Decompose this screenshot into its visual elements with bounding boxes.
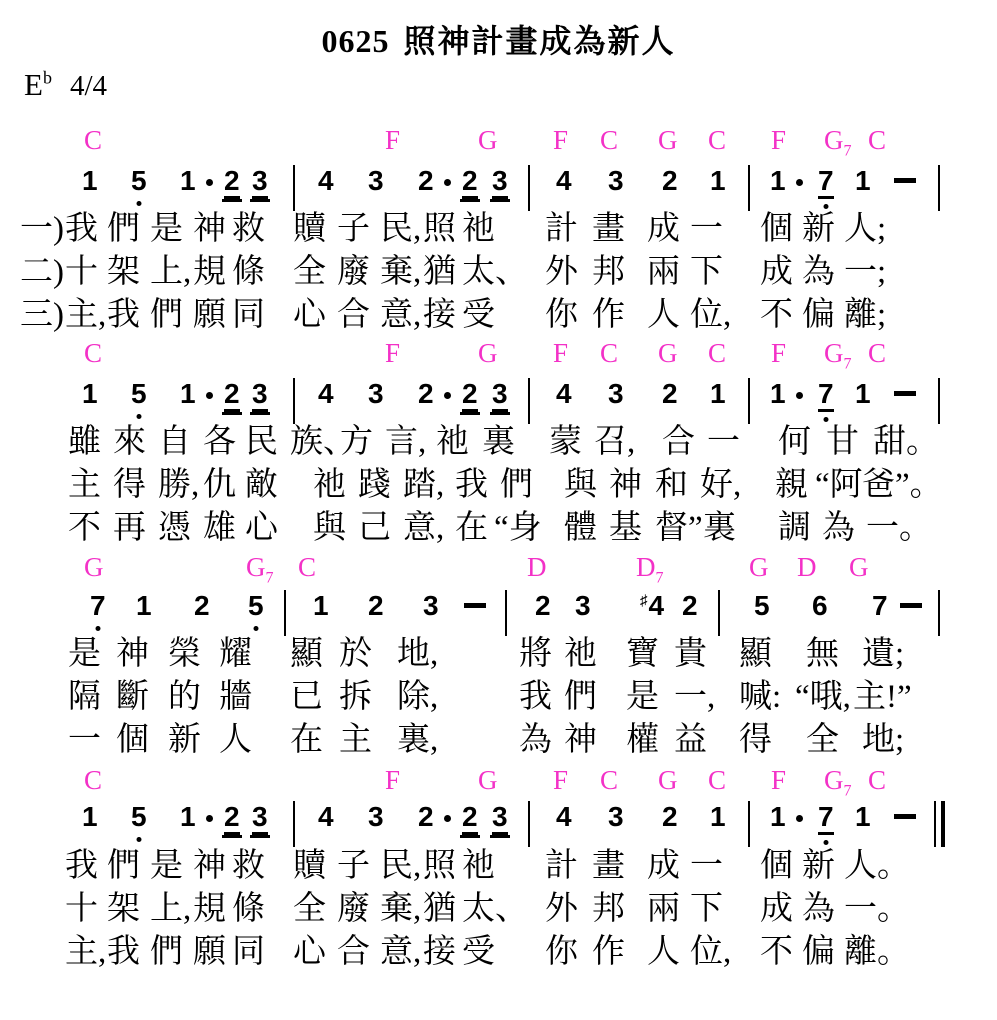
lyric-syllable: 接 <box>423 299 456 332</box>
lyric-syllable: “身 <box>494 512 542 545</box>
lyric-syllable: 何 <box>778 426 811 459</box>
note-number: ♯4 <box>640 592 664 620</box>
augmentation-dot <box>206 392 213 399</box>
chord-symbol: C <box>868 127 886 154</box>
lyric-syllable: 位, <box>690 299 731 332</box>
chord-symbol: C <box>84 767 102 794</box>
lyric-syllable: 是 <box>150 850 183 883</box>
lyric-syllable: 你 <box>545 299 578 332</box>
lyric-syllable: 祂 <box>436 426 469 459</box>
augmentation-dot <box>206 815 213 822</box>
lyric-syllable: 基 <box>609 512 642 545</box>
note-number: 1 <box>82 380 98 408</box>
lyric-syllable: 一 <box>707 426 740 459</box>
note-number: 2 <box>224 803 240 835</box>
chord-symbol: C <box>600 127 618 154</box>
lyric-syllable: 個 <box>760 850 793 883</box>
barline <box>293 165 295 211</box>
lyric-syllable: 照 <box>423 213 456 246</box>
lyric-syllable: 救 <box>232 213 265 246</box>
lyric-syllable: 祂 <box>462 850 495 883</box>
lyric-syllable: 主, <box>65 299 106 332</box>
chord-symbol: C <box>868 340 886 367</box>
lyric-syllable: 甜。 <box>873 426 939 459</box>
lyric-syllable: 規 <box>193 893 226 926</box>
note-number: 3 <box>368 803 384 831</box>
lyric-syllable: 同 <box>232 936 265 969</box>
lyric-syllable: 計 <box>545 850 578 883</box>
note-number: 1 <box>180 803 196 831</box>
lyric-syllable: 貴 <box>674 638 707 671</box>
lyric-syllable: 們 <box>107 850 140 883</box>
lyric-syllable: 們 <box>107 213 140 246</box>
lyric-syllable: 我 <box>65 213 98 246</box>
lyric-syllable: 在 <box>455 512 488 545</box>
lyric-syllable: 們 <box>500 469 533 502</box>
lyric-syllable: 一, <box>674 681 715 714</box>
note-number: 1 <box>770 803 786 831</box>
note-number: 3 <box>608 380 624 408</box>
barline <box>748 801 750 847</box>
barline <box>938 165 940 211</box>
barline <box>718 590 720 636</box>
lyric-syllable: 神 <box>564 724 597 757</box>
lyric-syllable: 全 <box>806 724 839 757</box>
lyric-syllable: 地, <box>397 638 438 671</box>
note-number: 3 <box>368 167 384 195</box>
lyric-syllable: 和 <box>655 469 688 502</box>
chord-symbol: G <box>658 767 678 794</box>
lyric-syllable: 們 <box>150 299 183 332</box>
chord-symbol: F <box>553 127 568 154</box>
note-number: 2 <box>418 167 434 195</box>
lyric-syllable: 下 <box>690 893 723 926</box>
lyric-syllable: 一 <box>690 850 723 883</box>
lyric-syllable: 人 <box>219 724 252 757</box>
lyric-syllable: 子 <box>337 213 370 246</box>
lyric-syllable: 蒙 <box>549 426 582 459</box>
note-number: 1 <box>136 592 152 620</box>
note-number: 3 <box>252 380 268 412</box>
lyric-syllable: 廢 <box>337 893 370 926</box>
note-number: 5 <box>131 803 147 831</box>
lyric-syllable: 神 <box>116 638 149 671</box>
note-number: 2 <box>462 803 478 835</box>
chord-symbol: C <box>708 340 726 367</box>
note-number: 6 <box>812 592 828 620</box>
lyric-syllable: 離。 <box>844 936 910 969</box>
note-number: 1 <box>313 592 329 620</box>
lyric-syllable: 受 <box>462 299 495 332</box>
note-number: 5 <box>131 167 147 195</box>
lyric-syllable: 人。 <box>844 850 910 883</box>
lyric-syllable: 猶 <box>423 893 456 926</box>
note-number: 4 <box>556 380 572 408</box>
note-number: 1 <box>770 167 786 195</box>
lyric-syllable: 祂 <box>462 213 495 246</box>
barline <box>748 165 750 211</box>
chord-symbol: G7 <box>246 554 274 586</box>
lyric-syllable: 成 <box>647 213 680 246</box>
lyric-syllable: 拆 <box>339 681 372 714</box>
lyric-syllable: 一; <box>844 256 886 289</box>
lyric-syllable: 雄 <box>203 512 236 545</box>
note-number: 3 <box>252 803 268 835</box>
chord-symbol: C <box>600 767 618 794</box>
lyric-syllable: 寶 <box>626 638 659 671</box>
lyric-syllable: 棄, <box>380 893 421 926</box>
note-number: 3 <box>252 167 268 199</box>
lyric-syllable: 成 <box>760 893 793 926</box>
lyric-syllable: 仇 <box>203 469 236 502</box>
chord-symbol: F <box>771 127 786 154</box>
lyric-syllable: 憑 <box>158 512 191 545</box>
lyric-syllable: 願 <box>193 936 226 969</box>
lyric-syllable: 體 <box>564 512 597 545</box>
lyric-syllable: 裏 <box>703 512 736 545</box>
lyric-syllable: 新 <box>802 850 835 883</box>
lyric-syllable: 受 <box>462 936 495 969</box>
augmentation-dot <box>444 179 451 186</box>
note-number: 1 <box>82 167 98 195</box>
lyric-syllable: 方 <box>340 426 373 459</box>
note-number: 3 <box>608 803 624 831</box>
note-number: 3 <box>608 167 624 195</box>
note-number: 7 <box>818 803 834 835</box>
lyric-syllable: 與 <box>564 469 597 502</box>
note-number: 1 <box>855 380 871 408</box>
lyric-syllable: 已 <box>290 681 323 714</box>
chord-symbol: F <box>385 767 400 794</box>
lyric-syllable: 心 <box>245 512 278 545</box>
lyric-syllable: 一。 <box>844 893 910 926</box>
lyric-syllable: 調 <box>778 512 811 545</box>
note-number: 3 <box>423 592 439 620</box>
lyric-syllable: 主 <box>339 724 372 757</box>
lyric-syllable: 為 <box>519 724 552 757</box>
lyric-syllable: 的 <box>168 681 201 714</box>
lyric-syllable: 偏 <box>802 299 835 332</box>
chord-symbol: G <box>478 127 498 154</box>
barline <box>748 378 750 424</box>
note-number: 3 <box>492 803 508 835</box>
note-number: 2 <box>462 380 478 412</box>
lyric-syllable: 棄, <box>380 256 421 289</box>
augmentation-dot <box>206 179 213 186</box>
barline <box>938 378 940 424</box>
lyric-syllable: 全 <box>293 256 326 289</box>
lyric-syllable: 上, <box>150 893 191 926</box>
chord-symbol: G <box>658 340 678 367</box>
lyric-syllable: 位, <box>690 936 731 969</box>
note-number: 2 <box>194 592 210 620</box>
lyric-syllable: 兩 <box>647 893 680 926</box>
lyric-syllable: 外 <box>545 893 578 926</box>
augmentation-dot <box>796 179 803 186</box>
note-number: 1 <box>710 167 726 195</box>
note-number: 1 <box>770 380 786 408</box>
note-number: 7 <box>818 167 834 199</box>
lyric-syllable: 一。 <box>866 512 932 545</box>
lyric-syllable: 自 <box>158 426 191 459</box>
lyric-syllable: 踐 <box>358 469 391 502</box>
note-number: 3 <box>492 380 508 412</box>
chord-symbol: F <box>771 767 786 794</box>
lyric-syllable: 爸”。 <box>862 469 943 502</box>
lyric-syllable: 地; <box>862 724 904 757</box>
lyric-syllable: 邦 <box>592 893 625 926</box>
lyric-syllable: 個 <box>116 724 149 757</box>
chord-symbol: D <box>797 554 817 581</box>
lyric-syllable: 心 <box>293 936 326 969</box>
lyric-syllable: 成 <box>647 850 680 883</box>
lyric-syllable: 好, <box>700 469 741 502</box>
lyric-syllable: 太、 <box>462 256 528 289</box>
lyric-syllable: 不 <box>760 299 793 332</box>
lyric-syllable: 親 <box>775 469 808 502</box>
lyric-syllable: 隔 <box>68 681 101 714</box>
barline <box>505 590 507 636</box>
lyric-syllable: 在 <box>290 724 323 757</box>
note-number: 4 <box>318 380 334 408</box>
lyric-syllable: 十 <box>65 256 98 289</box>
note-number: 1 <box>180 167 196 195</box>
lyric-syllable: “哦, <box>795 681 851 714</box>
note-number: 1 <box>855 803 871 831</box>
note-number: 2 <box>535 592 551 620</box>
lyric-syllable: 條 <box>232 256 265 289</box>
lyric-syllable: 民 <box>245 426 278 459</box>
lyric-syllable: 作 <box>592 299 625 332</box>
lyric-syllable: 個 <box>760 213 793 246</box>
chord-symbol: C <box>298 554 316 581</box>
note-number: 7 <box>872 592 888 620</box>
lyric-syllable: 於 <box>339 638 372 671</box>
sharp-icon: ♯ <box>640 592 648 609</box>
lyric-syllable: 督” <box>655 512 703 545</box>
lyric-syllable: 各 <box>203 426 236 459</box>
lyric-syllable: 榮 <box>168 638 201 671</box>
lyric-syllable: 我 <box>107 299 140 332</box>
lyric-syllable: 規 <box>193 256 226 289</box>
note-number: 2 <box>368 592 384 620</box>
lyric-syllable: 一 <box>68 724 101 757</box>
note-number: 2 <box>682 592 698 620</box>
chord-symbol: G <box>658 127 678 154</box>
lyric-syllable: 己 <box>358 512 391 545</box>
lyric-syllable: 救 <box>232 850 265 883</box>
note-number: 3 <box>575 592 591 620</box>
note-number: 2 <box>418 380 434 408</box>
note-number: 2 <box>662 380 678 408</box>
sustain-dash <box>894 391 916 396</box>
lyric-syllable: 耀 <box>219 638 252 671</box>
lyric-syllable: 民, <box>380 213 421 246</box>
chord-symbol: G7 <box>824 340 852 372</box>
lyric-syllable: 神 <box>609 469 642 502</box>
lyric-syllable: 意, <box>380 299 421 332</box>
lyric-syllable: 權 <box>626 724 659 757</box>
lyric-syllable: 合 <box>337 299 370 332</box>
chord-symbol: C <box>84 340 102 367</box>
lyric-syllable: 合 <box>337 936 370 969</box>
lyric-syllable: 我 <box>107 936 140 969</box>
chord-symbol: C <box>708 767 726 794</box>
lyric-syllable: 們 <box>150 936 183 969</box>
chord-symbol: F <box>553 340 568 367</box>
barline <box>293 801 295 847</box>
lyric-syllable: 畫 <box>592 850 625 883</box>
barline <box>284 590 286 636</box>
barline <box>528 801 530 847</box>
lyric-syllable: 架 <box>107 893 140 926</box>
lyric-syllable: 召, <box>594 426 635 459</box>
chord-symbol: C <box>708 127 726 154</box>
lyric-syllable: 一 <box>690 213 723 246</box>
lyric-syllable: 計 <box>545 213 578 246</box>
lyric-syllable: 是 <box>150 213 183 246</box>
lyric-syllable: 祂 <box>313 469 346 502</box>
chord-symbol: F <box>385 340 400 367</box>
lyric-syllable: 我 <box>65 850 98 883</box>
lyric-syllable: 新 <box>802 213 835 246</box>
augmentation-dot <box>444 815 451 822</box>
barline <box>293 378 295 424</box>
lyric-syllable: 畫 <box>592 213 625 246</box>
lyric-syllable: 為 <box>802 893 835 926</box>
score: CFGFCGCFG7C15123432234321171一)我們是神救贖子民,照… <box>0 0 997 1020</box>
lyric-syllable: 架 <box>107 256 140 289</box>
lyric-syllable: 勝, <box>158 469 199 502</box>
lyric-syllable: 遺; <box>862 638 904 671</box>
chord-symbol: C <box>84 127 102 154</box>
lyric-syllable: 廢 <box>337 256 370 289</box>
lyric-syllable: 為 <box>802 256 835 289</box>
sustain-dash <box>464 603 486 608</box>
note-number: 3 <box>368 380 384 408</box>
lyric-syllable: 意, <box>403 512 444 545</box>
lyric-syllable: 人; <box>844 213 886 246</box>
lyric-syllable: 裏, <box>397 724 438 757</box>
lyric-syllable: 為 <box>822 512 855 545</box>
lyric-syllable: 邦 <box>592 256 625 289</box>
lyric-syllable: 不 <box>68 512 101 545</box>
lyric-syllable: 我 <box>455 469 488 502</box>
chord-symbol: G <box>478 340 498 367</box>
note-number: 1 <box>710 380 726 408</box>
note-number: 4 <box>318 803 334 831</box>
chord-symbol: F <box>385 127 400 154</box>
note-number: 1 <box>180 380 196 408</box>
lyric-syllable: 主, <box>65 936 106 969</box>
lyric-syllable: 顯 <box>290 638 323 671</box>
note-number: 7 <box>818 380 834 412</box>
chord-symbol: D7 <box>636 554 664 586</box>
lyric-syllable: 不 <box>760 936 793 969</box>
lyric-syllable: 作 <box>592 936 625 969</box>
note-number: 4 <box>556 803 572 831</box>
note-number: 3 <box>492 167 508 199</box>
note-number: 1 <box>710 803 726 831</box>
lyric-syllable: 再 <box>113 512 146 545</box>
lyric-syllable: 言, <box>385 426 426 459</box>
lyric-syllable: 除, <box>397 681 438 714</box>
note-number: 1 <box>855 167 871 195</box>
chord-symbol: C <box>868 767 886 794</box>
chord-symbol: C <box>600 340 618 367</box>
lyric-syllable: 敵 <box>245 469 278 502</box>
sustain-dash <box>894 178 916 183</box>
lyric-syllable: 神 <box>193 213 226 246</box>
lyric-syllable: 全 <box>293 893 326 926</box>
lyric-syllable: 斷 <box>116 681 149 714</box>
lyric-syllable: 照 <box>423 850 456 883</box>
barline <box>528 165 530 211</box>
lyric-syllable: 人 <box>647 299 680 332</box>
lyric-syllable: 將 <box>519 638 552 671</box>
lyric-syllable: 贖 <box>293 213 326 246</box>
lyric-syllable: 兩 <box>647 256 680 289</box>
lyric-syllable: 二) <box>20 256 64 289</box>
chord-symbol: G <box>749 554 769 581</box>
note-number: 4 <box>556 167 572 195</box>
note-number: 5 <box>248 592 264 620</box>
lyric-syllable: 得 <box>113 469 146 502</box>
lyric-syllable: 雖 <box>68 426 101 459</box>
lyric-syllable: 猶 <box>423 256 456 289</box>
note-number: 2 <box>662 803 678 831</box>
lyric-syllable: 合 <box>662 426 695 459</box>
lyric-syllable: 益 <box>674 724 707 757</box>
lyric-syllable: 牆 <box>219 681 252 714</box>
lyric-syllable: 是 <box>626 681 659 714</box>
hymn-sheet: 0625照神計畫成為新人 Eb4/4 CFGFCGCFG7C1512343223… <box>0 0 997 1020</box>
lyric-syllable: 來 <box>113 426 146 459</box>
note-number: 4 <box>318 167 334 195</box>
lyric-syllable: 離; <box>844 299 886 332</box>
lyric-syllable: 意, <box>380 936 421 969</box>
lyric-syllable: 接 <box>423 936 456 969</box>
chord-symbol: G <box>849 554 869 581</box>
chord-symbol: F <box>553 767 568 794</box>
lyric-syllable: 喊: <box>739 681 781 714</box>
lyric-syllable: 無 <box>806 638 839 671</box>
lyric-syllable: 祂 <box>564 638 597 671</box>
lyric-syllable: 顯 <box>739 638 772 671</box>
chord-symbol: G7 <box>824 127 852 159</box>
chord-symbol: G <box>84 554 104 581</box>
note-number: 1 <box>82 803 98 831</box>
lyric-syllable: 神 <box>193 850 226 883</box>
sustain-dash <box>894 814 916 819</box>
lyric-syllable: 同 <box>232 299 265 332</box>
lyric-syllable: 我 <box>519 681 552 714</box>
lyric-syllable: 甘 <box>826 426 859 459</box>
lyric-syllable: 贖 <box>293 850 326 883</box>
augmentation-dot <box>796 815 803 822</box>
lyric-syllable: 三) <box>20 299 64 332</box>
lyric-syllable: 一) <box>20 213 64 246</box>
lyric-syllable: 子 <box>337 850 370 883</box>
chord-symbol: G7 <box>824 767 852 799</box>
barline <box>528 378 530 424</box>
chord-symbol: D <box>527 554 547 581</box>
lyric-syllable: 太、 <box>462 893 528 926</box>
augmentation-dot <box>444 392 451 399</box>
note-number: 2 <box>224 380 240 412</box>
note-number: 5 <box>754 592 770 620</box>
chord-symbol: G <box>478 767 498 794</box>
